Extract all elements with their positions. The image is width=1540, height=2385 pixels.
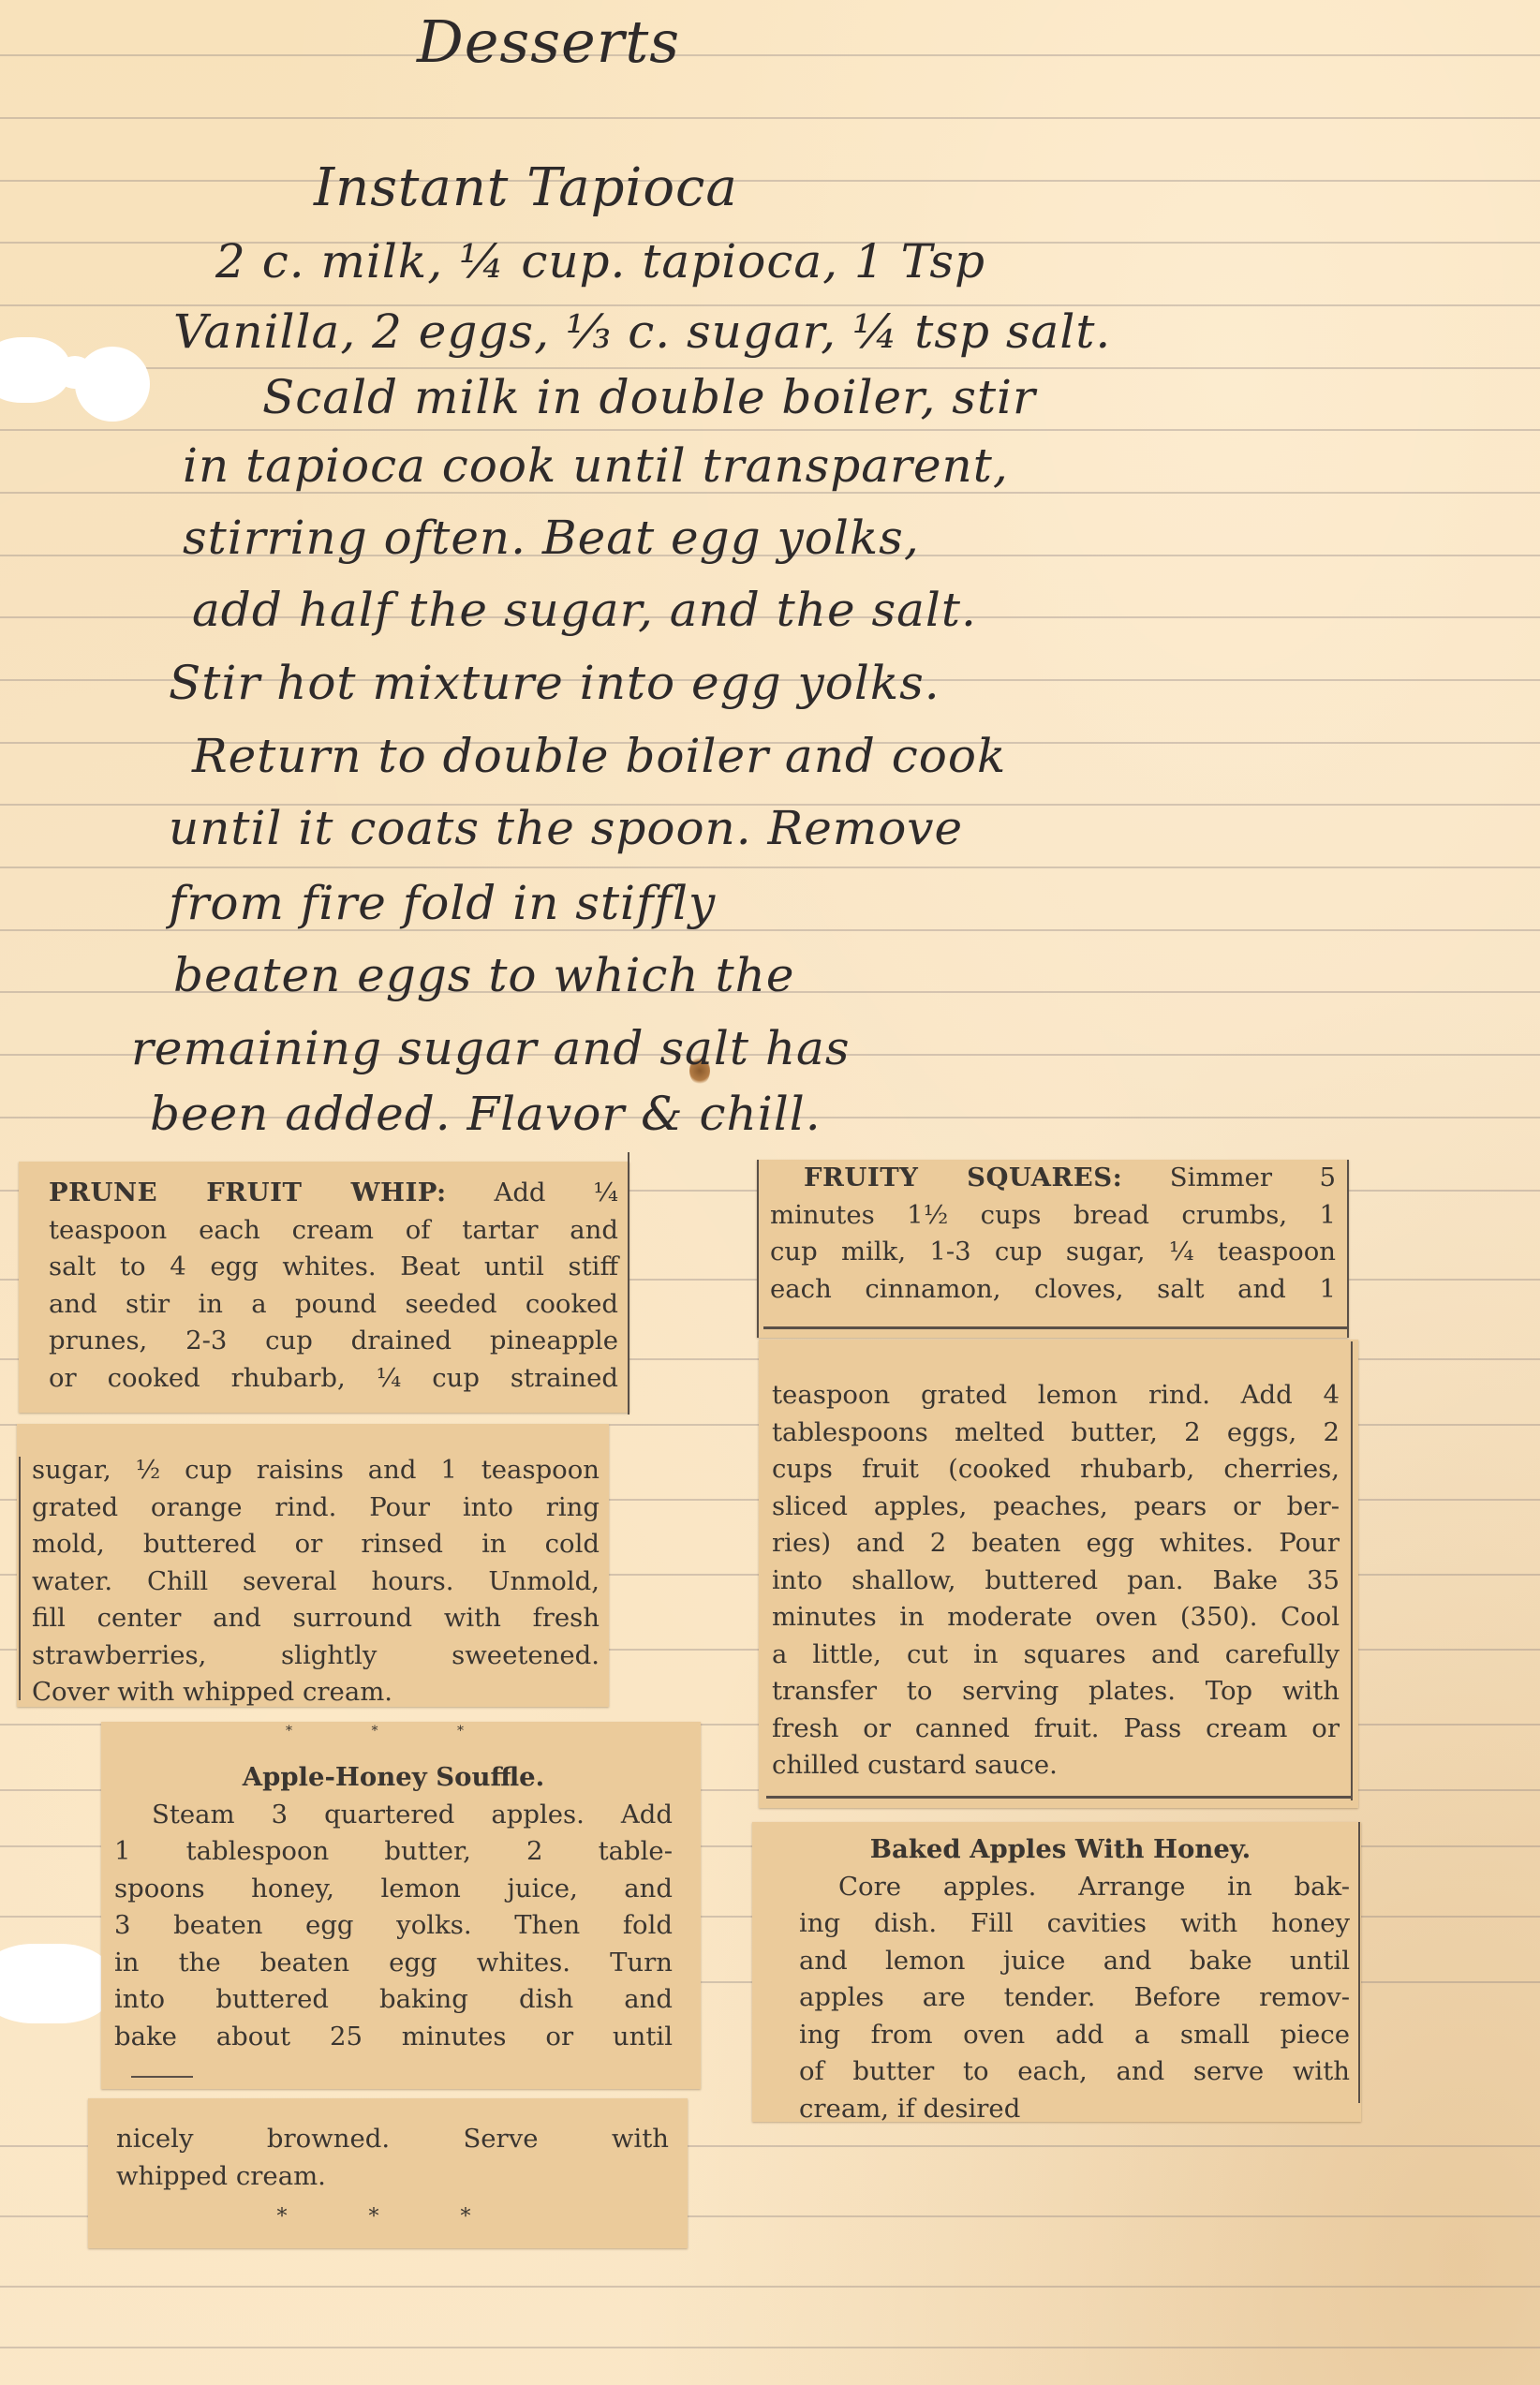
recipe-line: Scald milk in double boiler, stir xyxy=(262,370,1036,424)
clipping-title: Apple-Honey Souffle. xyxy=(114,1759,673,1797)
clipping-line: in the beaten egg whites. Turn xyxy=(114,1945,673,1982)
clipping-line: ries) and 2 beaten egg whites. Pour xyxy=(772,1525,1340,1563)
clipping-line: of butter to each, and serve with xyxy=(799,2053,1350,2091)
clipping-line: cup milk, 1-3 cup sugar, ¼ teaspoon xyxy=(770,1234,1336,1271)
clipping-line: chilled custard sauce. xyxy=(772,1747,1340,1785)
ruled-line xyxy=(0,180,1540,182)
clipping-border xyxy=(757,1160,759,1338)
ornament: * * * xyxy=(116,2199,669,2236)
ruled-line xyxy=(0,367,1540,369)
recipe-title: Instant Tapioca xyxy=(314,157,738,218)
ruled-line xyxy=(0,867,1540,868)
clipping-line: nicely browned. Serve with xyxy=(116,2121,669,2158)
recipe-line: been added. Flavor & chill. xyxy=(150,1087,822,1141)
clipping-line: cream, if desired xyxy=(799,2091,1350,2128)
ruled-line xyxy=(0,2286,1540,2288)
clipping-line: ing dish. Fill cavities with honey xyxy=(799,1905,1350,1943)
recipe-line: Vanilla, 2 eggs, ⅓ c. sugar, ¼ tsp salt. xyxy=(173,304,1111,359)
clipping-line: sliced apples, peaches, pears or ber- xyxy=(772,1489,1340,1526)
clipping-line: tablespoons melted butter, 2 eggs, 2 xyxy=(772,1415,1340,1452)
clipping-line: 1 tablespoon butter, 2 table- xyxy=(114,1833,673,1871)
clipping-line: fill center and surround with fresh xyxy=(32,1600,600,1637)
page-heading: Desserts xyxy=(417,7,680,76)
binder-hole xyxy=(0,1944,112,2023)
clipping-rule xyxy=(766,1796,1352,1799)
clipping-border xyxy=(1351,1341,1353,1800)
clipping-line: and stir in a pound seeded cooked xyxy=(49,1286,618,1324)
recipe-line: beaten eggs to which the xyxy=(173,948,794,1002)
clipping-fruity-squares-2: teaspoon grated lemon rind. Add 4 tables… xyxy=(759,1340,1358,1808)
clipping-rule xyxy=(763,1326,1349,1329)
clipping-line: grated orange rind. Pour into ring xyxy=(32,1489,600,1527)
clipping-line: mold, buttered or rinsed in cold xyxy=(32,1526,600,1563)
clipping-line: transfer to serving plates. Top with xyxy=(772,1673,1340,1711)
recipe-line: add half the sugar, and the salt. xyxy=(192,583,977,637)
clipping-prune-fruit-whip-2: sugar, ½ cup raisins and 1 teaspoon grat… xyxy=(17,1424,609,1707)
clipping-line: Cover with whipped cream. xyxy=(32,1674,600,1711)
clipping-border xyxy=(19,1457,21,1700)
clipping-heading: FRUITY SQUARES: xyxy=(804,1163,1122,1192)
clipping-line: strawberries, slightly sweetened. xyxy=(32,1637,600,1675)
clipping-line: fresh or canned fruit. Pass cream or xyxy=(772,1711,1340,1748)
clipping-line: sugar, ½ cup raisins and 1 teaspoon xyxy=(32,1452,600,1489)
recipe-line: until it coats the spoon. Remove xyxy=(169,801,963,855)
clipping-line: salt to 4 egg whites. Beat until stiff xyxy=(49,1249,618,1286)
clipping-line: whipped cream. xyxy=(116,2158,669,2196)
clipping-line: Core apples. Arrange in bak- xyxy=(799,1869,1350,1906)
clipping-line: minutes in moderate oven (350). Cool xyxy=(772,1599,1340,1637)
clipping-line: PRUNE FRUIT WHIP: Add ¼ xyxy=(49,1175,618,1212)
clipping-line: each cinnamon, cloves, salt and 1 xyxy=(770,1271,1336,1309)
clipping-line: minutes 1½ cups bread crumbs, 1 xyxy=(770,1197,1336,1235)
recipe-line: remaining sugar and salt has xyxy=(131,1021,851,1075)
recipe-line: from fire fold in stiffly xyxy=(169,876,716,930)
clipping-border xyxy=(1347,1160,1349,1338)
clipping-line: teaspoon each cream of tartar and xyxy=(49,1212,618,1250)
clipping-line: and lemon juice and bake until xyxy=(799,1943,1350,1980)
ruled-line xyxy=(0,2347,1540,2348)
clipping-line: teaspoon grated lemon rind. Add 4 xyxy=(772,1377,1340,1415)
clipping-apple-honey-souffle-1: * * * Apple-Honey Souffle. Steam 3 quart… xyxy=(101,1722,701,2089)
recipe-page: Desserts Instant Tapioca 2 c. milk, ¼ cu… xyxy=(0,0,1540,2385)
clipping-line: Steam 3 quartered apples. Add xyxy=(114,1797,673,1834)
recipe-line: in tapioca cook until transparent, xyxy=(183,438,1009,493)
clipping-line: into buttered baking dish and xyxy=(114,1981,673,2019)
clipping-line: or cooked rhubarb, ¼ cup strained xyxy=(49,1360,618,1398)
clipping-prune-fruit-whip-1: PRUNE FRUIT WHIP: Add ¼ teaspoon each cr… xyxy=(19,1162,629,1413)
clipping-line: a little, cut in squares and carefully xyxy=(772,1637,1340,1674)
recipe-line: Stir hot mixture into egg yolks. xyxy=(169,656,940,710)
clipping-line: into shallow, buttered pan. Bake 35 xyxy=(772,1563,1340,1600)
clipping-title: Baked Apples With Honey. xyxy=(799,1831,1350,1869)
clipping-line: ing from oven add a small piece xyxy=(799,2017,1350,2054)
clipping-line: FRUITY SQUARES: Simmer 5 xyxy=(770,1160,1336,1197)
recipe-line: Return to double boiler and cook xyxy=(192,729,1006,783)
binder-hole xyxy=(56,356,94,389)
ruled-line xyxy=(0,429,1540,431)
ornament: * * * xyxy=(114,1722,673,1741)
clipping-line: cups fruit (cooked rhubarb, cherries, xyxy=(772,1451,1340,1489)
recipe-line: 2 c. milk, ¼ cup. tapioca, 1 Tsp xyxy=(215,234,985,289)
clipping-line: bake about 25 minutes or until xyxy=(114,2019,673,2056)
clipping-border xyxy=(1358,1822,1360,2103)
clipping-line: water. Chill several hours. Unmold, xyxy=(32,1563,600,1601)
clipping-line: apples are tender. Before remov- xyxy=(799,1979,1350,2017)
clipping-apple-honey-souffle-2: nicely browned. Serve with whipped cream… xyxy=(88,2098,688,2248)
clipping-line: spoons honey, lemon juice, and xyxy=(114,1871,673,1908)
clipping-border xyxy=(628,1152,629,1415)
clipping-fruity-squares-1: FRUITY SQUARES: Simmer 5 minutes 1½ cups… xyxy=(757,1160,1349,1338)
clipping-rule xyxy=(131,2076,193,2078)
clipping-baked-apples-with-honey: Baked Apples With Honey. Core apples. Ar… xyxy=(752,1822,1361,2122)
clipping-line: prunes, 2-3 cup drained pineapple xyxy=(49,1323,618,1360)
clipping-heading: PRUNE FRUIT WHIP: xyxy=(49,1178,447,1207)
recipe-line: stirring often. Beat egg yolks, xyxy=(183,511,920,565)
clipping-line: 3 beaten egg yolks. Then fold xyxy=(114,1907,673,1945)
ruled-line xyxy=(0,117,1540,119)
ruled-line xyxy=(0,54,1540,56)
